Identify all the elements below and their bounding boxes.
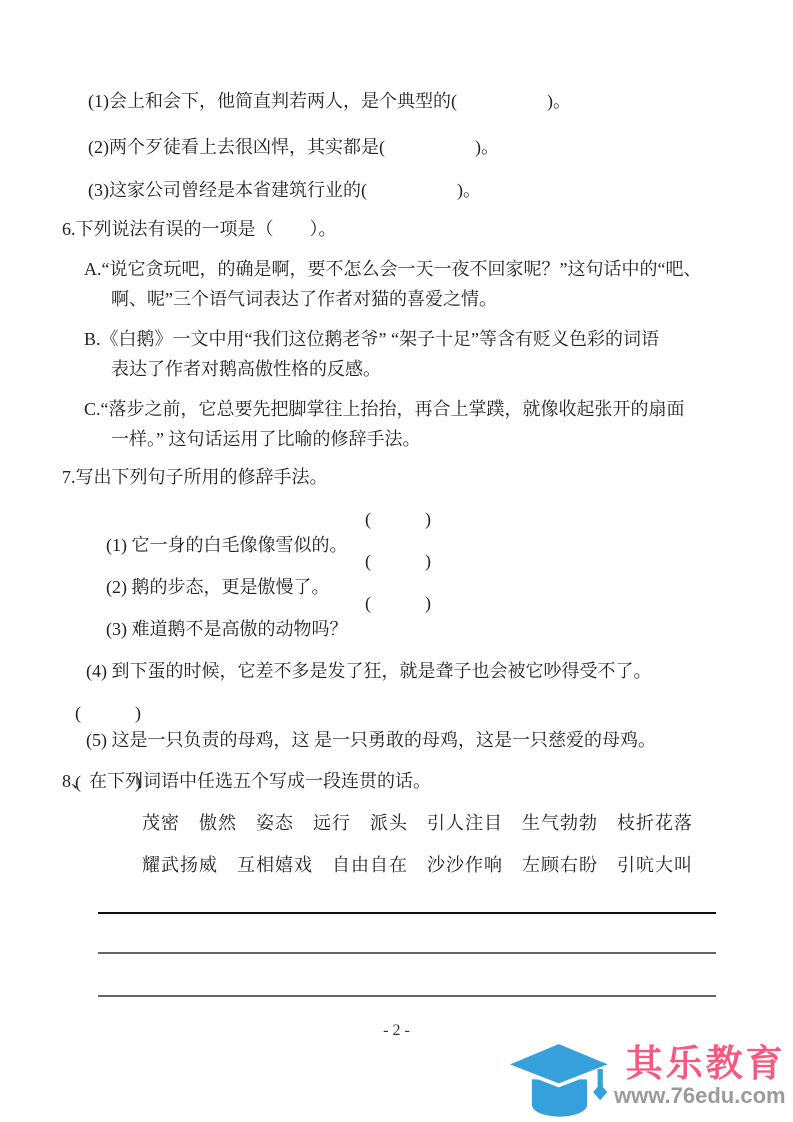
question-6-option-a: A.“说它贪玩吧，的确是啊，要不怎么会一天一夜不回家呢？”这句话中的“吧、 啊、…: [84, 254, 773, 314]
graduation-cap-icon: [502, 1036, 614, 1122]
brand-url: www.76edu.com: [614, 1084, 786, 1108]
fill-blank-item-2: (2)两个歹徒看上去很凶悍，其实都是( )。: [88, 134, 499, 160]
fill-blank-item-1: (1)会上和会下，他简直判若两人，是个典型的( )。: [88, 88, 571, 114]
question-7-item-5: (5) 这是一只负责的母鸡，这 是一只勇敢的母鸡，这是一只慈爱的母鸡。 ( ): [86, 700, 656, 823]
word-list-row-1: 茂密 傲然 姿态 远行 派头 引人注目 生气勃勃 枝折花落: [142, 810, 693, 836]
fill-blank-item-3: (3)这家公司曾经是本省建筑行业的( )。: [88, 177, 481, 203]
writing-line-3: [98, 995, 716, 997]
question-6-option-c: C.“落步之前，它总要先把脚掌往上抬抬，再合上掌蹼，就像收起张开的扇面 一样。”…: [84, 394, 773, 454]
word-list-row-2: 耀武扬威 互相嬉戏 自由自在 沙沙作响 左顾右盼 引吭大叫: [142, 852, 693, 878]
question-6-stem: 6.下列说法有误的一项是（ ）。: [62, 216, 337, 242]
question-7-item-4-text: (4) 到下蛋的时候，它差不多是发了狂，就是聋子也会被它吵得受不了。: [86, 661, 652, 681]
question-8-stem: 8、在下列词语中任选五个写成一段连贯的话。: [62, 768, 431, 794]
question-7-item-3-answer-blank: ( ): [365, 590, 431, 616]
worksheet-page: (1)会上和会下，他简直判若两人，是个典型的( )。 (2)两个歹徒看上去很凶悍…: [0, 0, 793, 1122]
question-7-item-5-text: (5) 这是一只负责的母鸡，这 是一只勇敢的母鸡，这是一只慈爱的母鸡。: [86, 730, 656, 750]
brand-logo: 其乐教育 www.76edu.com: [502, 1036, 792, 1122]
writing-line-1: [98, 912, 716, 914]
question-7-item-2-answer-blank: ( ): [365, 548, 431, 574]
writing-line-2: [98, 952, 716, 954]
question-7-item-1-answer-blank: ( ): [365, 506, 431, 532]
brand-text-block: 其乐教育 www.76edu.com: [614, 1044, 786, 1108]
brand-name: 其乐教育: [626, 1044, 786, 1084]
question-7-stem: 7.写出下列句子所用的修辞手法。: [62, 464, 328, 490]
question-6-option-b: B.《白鹅》一文中用“我们这位鹅老爷” “架子十足”等含有贬义色彩的词语 表达了…: [84, 324, 773, 384]
